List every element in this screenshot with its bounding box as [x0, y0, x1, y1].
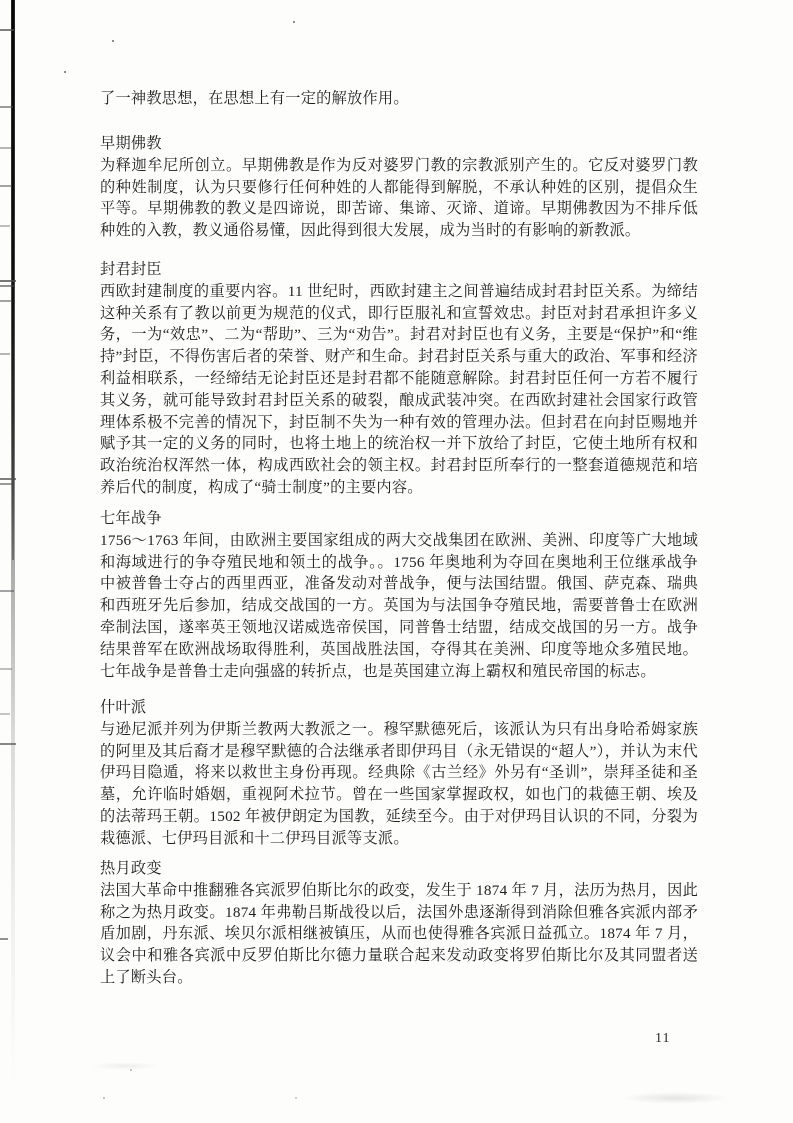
- scan-speck: [293, 21, 295, 23]
- entry-title: 早期佛教: [100, 133, 698, 155]
- edge-tick-mark: [0, 478, 16, 480]
- scan-smudge: [90, 1062, 160, 1070]
- edge-tick-mark: [0, 353, 10, 355]
- page-number: 11: [655, 1031, 670, 1047]
- entry-body: 法国大革命中推翻雅各宾派罗伯斯比尔的政变，发生于 1874 年 7 月，法历为热…: [100, 880, 698, 989]
- edge-tick-mark: [0, 668, 12, 670]
- entry-body: 1756～1763 年间，由欧洲主要国家组成的两大交战集团在欧洲、美洲、印度等广…: [100, 530, 698, 683]
- scan-smudge: [620, 1092, 730, 1104]
- edge-tick-mark: [0, 743, 16, 745]
- edge-tick-mark: [0, 225, 10, 227]
- edge-tick-mark: [0, 29, 14, 31]
- glossary-entry-shia: 什叶派 与逊尼派并列为伊斯兰教两大教派之一。穆罕默德死后，该派认为只有出身哈希姆…: [100, 697, 698, 850]
- glossary-entry-early-buddhism: 早期佛教 为释迦牟尼所创立。早期佛教是作为反对婆罗门教的宗教派别产生的。它反对婆…: [100, 133, 698, 242]
- edge-tick-mark: [0, 590, 14, 592]
- intro-continuation-line: 了一神教思想，在思想上有一定的解放作用。: [100, 88, 698, 110]
- edge-tick-mark: [0, 147, 11, 149]
- glossary-entry-thermidor: 热月政变 法国大革命中推翻雅各宾派罗伯斯比尔的政变，发生于 1874 年 7 月…: [100, 858, 698, 989]
- entry-body: 与逊尼派并列为伊斯兰教两大教派之一。穆罕默德死后，该派认为只有出身哈希姆家族的阿…: [100, 719, 698, 850]
- scanned-document-page: 了一神教思想，在思想上有一定的解放作用。 早期佛教 为释迦牟尼所创立。早期佛教是…: [0, 0, 793, 1123]
- entry-body: 为释迦牟尼所创立。早期佛教是作为反对婆罗门教的宗教派别产生的。它反对婆罗门教的种…: [100, 155, 698, 242]
- edge-tick-mark: [0, 713, 10, 715]
- entry-title: 热月政变: [100, 858, 698, 880]
- edge-tick-mark: [0, 285, 14, 287]
- entry-title: 封君封臣: [100, 259, 698, 281]
- edge-tick-mark: [0, 483, 13, 485]
- scan-speck: [295, 1097, 297, 1099]
- glossary-entry-seven-years-war: 七年战争 1756～1763 年间，由欧洲主要国家组成的两大交战集团在欧洲、美洲…: [100, 508, 698, 682]
- scan-speck: [64, 71, 66, 73]
- edge-tick-mark: [0, 106, 13, 108]
- scan-speck: [112, 40, 114, 42]
- entry-title: 什叶派: [100, 697, 698, 719]
- edge-tick-mark: [0, 280, 16, 282]
- edge-tick-mark: [0, 185, 12, 187]
- edge-tick-mark: [0, 300, 12, 302]
- entry-title: 七年战争: [100, 508, 698, 530]
- glossary-entry-lord-vassal: 封君封臣 西欧封建制度的重要内容。11 世纪时，西欧封建主之间普遍结成封君封臣关…: [100, 259, 698, 499]
- edge-tick-mark: [0, 938, 8, 940]
- scan-speck: [103, 1097, 105, 1099]
- entry-body: 西欧封建制度的重要内容。11 世纪时，西欧封建主之间普遍结成封君封臣关系。为缔结…: [100, 281, 698, 499]
